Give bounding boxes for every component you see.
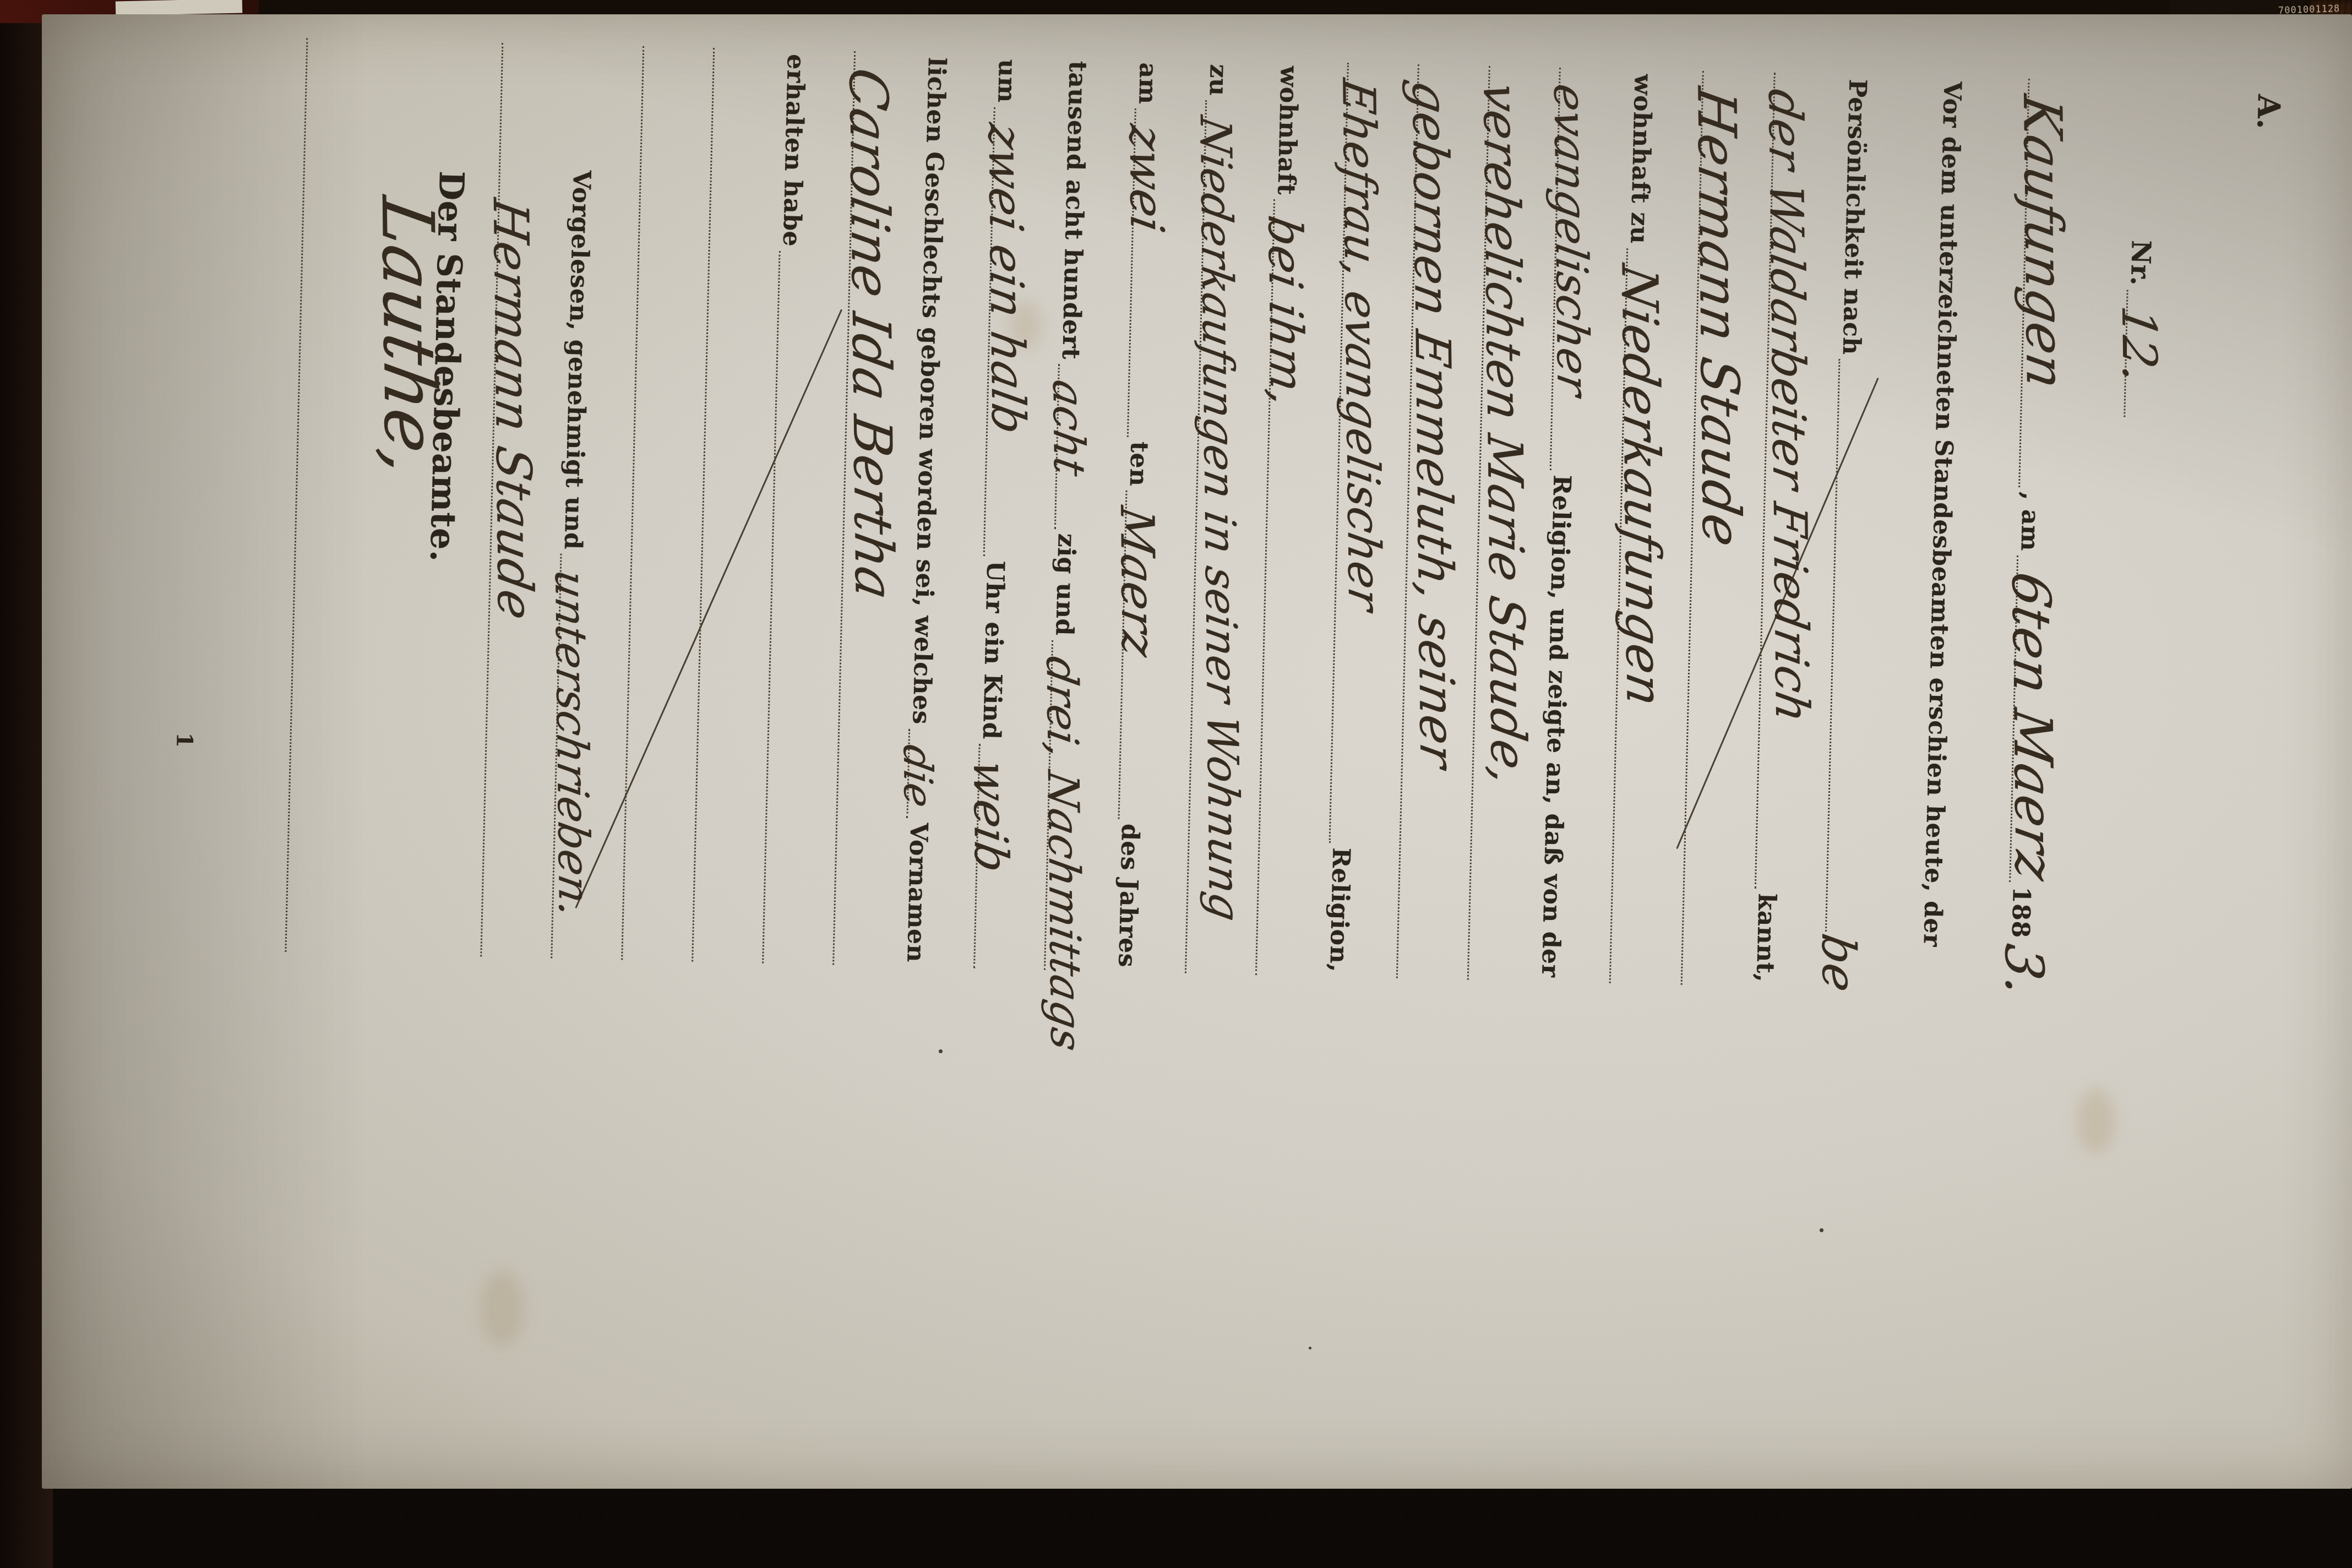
child-names-line: Caroline Ida Bertha bbox=[832, 51, 883, 966]
dotted-blank: weib bbox=[973, 744, 1009, 969]
dotted-blank: drei, Nachmittags bbox=[1044, 640, 1082, 971]
dotted-blank: der Waldarbeiter Friedrich bbox=[1755, 73, 1804, 889]
handwritten-entry: zwei bbox=[1127, 123, 1166, 235]
dotted-blank: Niederkaufungen bbox=[1609, 248, 1657, 984]
dotted-blank: Kaufungen bbox=[2018, 79, 2058, 488]
printed-form-text: Uhr ein Kind bbox=[979, 556, 1008, 744]
dotted-blank: Maerz bbox=[1118, 491, 1156, 820]
dotted-blank: Ehefrau, evangelischer bbox=[1329, 63, 1378, 843]
handwritten-entry: 6ten Maerz bbox=[2010, 569, 2055, 883]
registrar-signature-line: Lauthe, bbox=[369, 194, 413, 856]
printed-form-text: Vor dem unterzeichneten Standesbeamten e… bbox=[1919, 77, 1964, 951]
dotted-blank: verehelichten Marie Staude, bbox=[1467, 66, 1519, 981]
dotted-blank: unterschrieben. bbox=[551, 554, 590, 959]
identity-known-line: Persönlichkeit nachbe bbox=[1824, 74, 1874, 989]
printed-form-text: tausend acht hundert bbox=[1058, 56, 1090, 364]
handwritten-entry: Niederkaufungen in seiner Wohnung bbox=[1198, 115, 1242, 924]
birth-place-line: zuNiederkaufungen in seiner Wohnung bbox=[1185, 59, 1235, 974]
birth-day-month-line: amzweitenMaerzdes Jahres bbox=[1114, 58, 1164, 972]
dotted-blank: 12. bbox=[2124, 290, 2157, 417]
printed-form-text: Vorgelesen, genehmigt und bbox=[560, 166, 594, 554]
printed-form-text: 188 bbox=[2008, 882, 2034, 943]
handwritten-entry: Maerz bbox=[1118, 505, 1157, 660]
printed-form-text: ten bbox=[1126, 437, 1151, 491]
printed-form-text: Religion, bbox=[1326, 843, 1353, 977]
final-dotted-line bbox=[285, 38, 335, 952]
dotted-blank bbox=[1825, 359, 1869, 932]
birth-time-sex-line: umzwei ein halbUhr ein Kindweib bbox=[973, 55, 1023, 969]
handwritten-entry: der Waldarbeiter Friedrich bbox=[1766, 87, 1810, 725]
printed-form-text: 1 bbox=[173, 728, 195, 753]
residence-line: wohnhaft zuNiederkaufungen bbox=[1609, 69, 1659, 984]
dotted-blank bbox=[692, 48, 743, 962]
place-date-line: Kaufungen, am6ten Maerz1883. bbox=[2007, 79, 2057, 993]
dotted-blank bbox=[285, 38, 336, 952]
form-text-block: A.Nr.12.Kaufungen, am6ten Maerz1883.Vor … bbox=[0, 0, 2352, 1568]
printed-form-text: A. bbox=[2252, 90, 2284, 134]
printed-form-text: Vornamen bbox=[903, 818, 930, 967]
mother-religion-line: Ehefrau, evangelischerReligion, bbox=[1326, 63, 1376, 977]
blank-line bbox=[621, 46, 671, 961]
page-letter: A. bbox=[2251, 90, 2282, 211]
dotted-blank: 6ten Maerz bbox=[2009, 555, 2047, 883]
printed-form-text: Religion, und zeigte an, daß von der bbox=[1538, 470, 1574, 982]
printed-form-text: am bbox=[1135, 58, 1160, 109]
handwritten-entry: Ehefrau, evangelischer bbox=[1340, 77, 1382, 613]
handwritten-entry: Niederkaufungen bbox=[1619, 263, 1664, 709]
handwritten-entry: Hermann Staude bbox=[491, 197, 535, 622]
dotted-blank: Caroline Ida Bertha bbox=[832, 51, 884, 966]
mother-maiden-name-line: gebornen Emmeluth, seiner bbox=[1396, 64, 1446, 979]
record-number-line: Nr.12. bbox=[2124, 236, 2157, 418]
dotted-blank: Hermann Staude bbox=[1681, 71, 1733, 986]
dotted-blank: gebornen Emmeluth, seiner bbox=[1396, 64, 1448, 979]
residing-with-line: wohnhaftbei ihm, bbox=[1255, 61, 1305, 976]
birth-year-line: tausend acht hundertachtzig unddrei, Nac… bbox=[1044, 56, 1094, 971]
dotted-blank: die bbox=[906, 728, 939, 819]
father-occupation-line: der Waldarbeiter Friedrichkannt, bbox=[1752, 73, 1803, 987]
printed-form-text: erhalten habe bbox=[779, 50, 808, 252]
handwritten-entry: bei ihm, bbox=[1266, 214, 1305, 409]
printed-form-text: des Jahres bbox=[1114, 819, 1142, 972]
handwritten-entry: evangelischer bbox=[1551, 82, 1591, 399]
handwritten-entry: weib bbox=[971, 758, 1010, 875]
printed-form-text: , am bbox=[2017, 487, 2043, 556]
handwritten-entry: Lauthe, bbox=[379, 194, 439, 480]
printed-form-text: zig und bbox=[1052, 529, 1079, 640]
page-number: 1 bbox=[156, 35, 218, 1445]
dotted-blank: Hermann Staude bbox=[480, 43, 532, 957]
handwritten-entry: drei, Nachmittags bbox=[1044, 654, 1084, 1053]
printed-form-text: lichen Geschlechts geboren worden sei, w… bbox=[908, 53, 949, 729]
dotted-blank: evangelischer bbox=[1550, 68, 1589, 471]
handwritten-entry: verehelichten Marie Staude, bbox=[1481, 80, 1528, 788]
handwritten-entry: 3. bbox=[2002, 942, 2045, 999]
handwritten-entry: die bbox=[901, 743, 934, 809]
dotted-blank: zwei ein halb bbox=[983, 107, 1024, 557]
sex-vornamen-line: lichen Geschlechts geboren worden sei, w… bbox=[903, 53, 953, 967]
dotted-blank: acht bbox=[1054, 364, 1088, 530]
handwritten-entry: Hermann Staude bbox=[1695, 85, 1742, 549]
handwritten-entry: 12. bbox=[2119, 304, 2158, 385]
printed-form-text: um bbox=[994, 55, 1019, 108]
printed-form-text: Nr. bbox=[2127, 236, 2154, 291]
printed-form-text: zu bbox=[1205, 59, 1231, 101]
read-approved-signed-line: Vorgelesen, genehmigt undunterschrieben. bbox=[551, 166, 598, 959]
dotted-blank: bei ihm, bbox=[1255, 199, 1304, 976]
dotted-blank: zwei bbox=[1127, 108, 1165, 438]
printed-form-text: wohnhaft bbox=[1273, 61, 1301, 200]
blank-line bbox=[692, 48, 742, 962]
father-signature-line: Hermann Staude bbox=[480, 43, 530, 957]
received-line: erhalten habe bbox=[762, 50, 812, 964]
handwritten-entry: Caroline Ida Bertha bbox=[847, 66, 895, 603]
mother-name-line: verehelichten Marie Staude, bbox=[1467, 66, 1517, 981]
handwritten-entry: Kaufungen bbox=[2021, 93, 2066, 392]
printed-form-text: kannt, bbox=[1752, 889, 1779, 987]
handwritten-entry: unterschrieben. bbox=[553, 568, 591, 919]
printed-form-text: Persönlichkeit nach bbox=[1839, 74, 1870, 360]
handwritten-entry: be bbox=[1820, 931, 1857, 994]
handwritten-entry: zwei ein halb bbox=[986, 121, 1027, 437]
printed-form-text: wohnhaft zu bbox=[1626, 69, 1655, 249]
dotted-blank bbox=[762, 251, 809, 964]
photo-of-register-page: 7001001128 A.Nr.12.Kaufungen, am6ten Mae… bbox=[0, 0, 2352, 1568]
dotted-blank bbox=[621, 46, 673, 961]
father-name-line: Hermann Staude bbox=[1681, 71, 1731, 986]
handwritten-entry: gebornen Emmeluth, seiner bbox=[1410, 79, 1457, 771]
dotted-blank: Niederkaufungen in seiner Wohnung bbox=[1185, 100, 1235, 974]
appeared-before-registrar-line: Vor dem unterzeichneten Standesbeamten e… bbox=[1919, 77, 1969, 991]
register-sheet-rotated: A.Nr.12.Kaufungen, am6ten Maerz1883.Vor … bbox=[0, 0, 2352, 1568]
handwritten-entry: acht bbox=[1050, 378, 1086, 478]
father-religion-line: evangelischerReligion, und zeigte an, da… bbox=[1538, 68, 1588, 982]
